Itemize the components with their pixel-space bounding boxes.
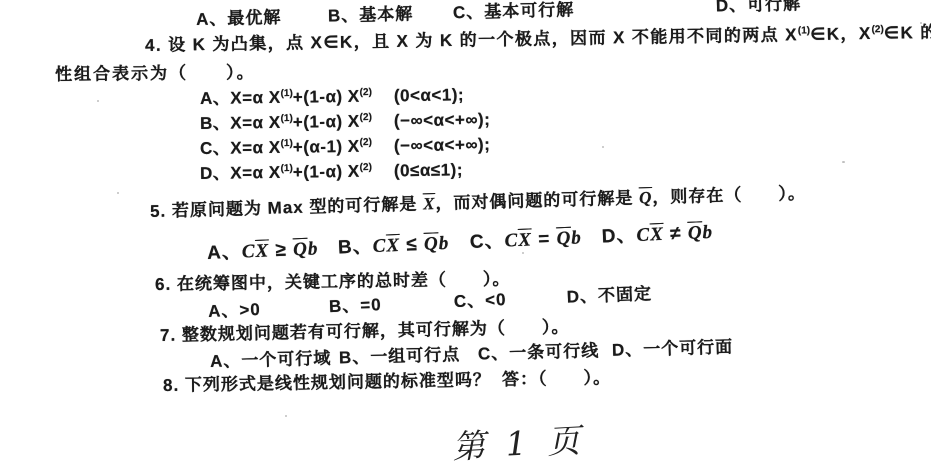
scan-speck — [97, 100, 99, 102]
prev-option-a: A、最优解 — [196, 3, 282, 30]
question-5-option-c: C、CX = Qb — [469, 222, 582, 254]
scan-speck — [920, 22, 922, 24]
question-5-option-b: B、CX ≤ Qb — [337, 228, 449, 260]
q4-option-a-label: A、 — [200, 89, 231, 108]
q4-option-b-condition: (−∞<α<+∞); — [394, 110, 491, 130]
q4-stem-sup1: (1) — [798, 25, 810, 36]
question-8-answer-prompt: 答：（ ）。 — [502, 363, 611, 390]
q4-option-c-condition: (−∞<α<+∞); — [394, 135, 491, 155]
q4-stem-sup2: (2) — [871, 24, 883, 35]
question-4-option-d: D、X=α X(1)+(1-α) X(2)(0≤α≤1); — [200, 155, 463, 184]
question-6-option-d: D、不固定 — [566, 279, 652, 307]
question-5-option-d: D、CX ≠ Qb — [601, 217, 713, 249]
prev-option-c: C、基本可行解 — [453, 0, 575, 23]
q4-stem-text3: ∈K 的 — [884, 23, 931, 43]
scanned-exam-page: A、最优解 B、基本解 C、基本可行解 D、可行解 4. 设 K 为凸集，点 X… — [0, 0, 931, 469]
question-6-option-c: C、<0 — [453, 285, 507, 312]
scan-speck — [602, 146, 604, 148]
question-7-option-b: B、一组可行点 — [339, 340, 461, 368]
page-number-handwritten: 第 1 页 — [451, 415, 586, 469]
question-7-option-d: D、一个可行面 — [612, 332, 734, 360]
question-4-stem-line2: 性组合表示为（ ）。 — [55, 58, 256, 85]
question-6-option-a: A、>0 — [208, 295, 262, 322]
prev-option-d: D、可行解 — [716, 0, 802, 16]
q5-var-qbar: Q — [639, 188, 653, 207]
q4-option-d-condition: (0≤α≤1); — [394, 160, 463, 180]
question-5-stem: 5. 若原问题为 Max 型的可行解是 X，而对偶问题的可行解是 Q，则存在（ … — [150, 179, 806, 222]
q4-option-c-label: C、 — [200, 139, 231, 158]
scan-speck — [522, 252, 524, 254]
q4-option-b-label: B、 — [200, 114, 231, 133]
question-7-option-c: C、一条可行线 — [478, 336, 600, 364]
question-8-stem: 8. 下列形式是线性规划问题的标准型吗？ — [163, 370, 491, 395]
scan-speck — [842, 161, 845, 163]
q4-stem-text2: ∈K，X — [810, 24, 872, 44]
q4-option-a-condition: (0<α<1); — [394, 85, 464, 105]
prev-option-b: B、基本解 — [328, 0, 414, 27]
q5-var-xbar: X — [423, 194, 436, 213]
scan-speck — [117, 192, 119, 194]
scan-speck — [285, 415, 287, 417]
question-6-option-b: B、=0 — [328, 290, 382, 317]
q4-option-d-label: D、 — [200, 164, 231, 183]
question-5-option-a: A、CX ≥ Qb — [206, 233, 318, 265]
question-4-option-a: A、X=α X(1)+(1-α) X(2)(0<α<1); — [200, 80, 464, 109]
q4-stem-text1: 4. 设 K 为凸集，点 X∈K，且 X 为 K 的一个极点，因而 X 不能用不… — [145, 25, 798, 55]
